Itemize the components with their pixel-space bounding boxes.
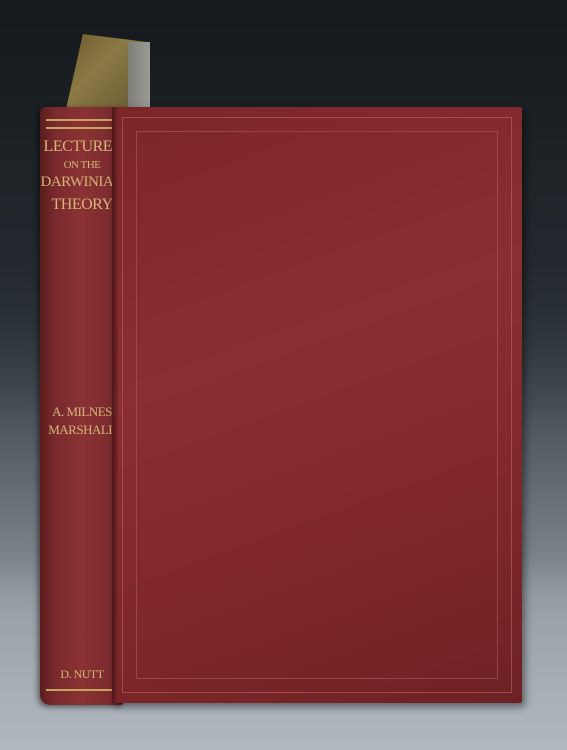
spine-rule-bottom	[46, 689, 120, 691]
spine-rule-top-2	[46, 127, 120, 129]
spine-rule-top-1	[46, 119, 120, 121]
blind-rule-inner	[136, 131, 498, 679]
front-cover	[112, 107, 522, 703]
cover-hinge	[112, 107, 118, 703]
